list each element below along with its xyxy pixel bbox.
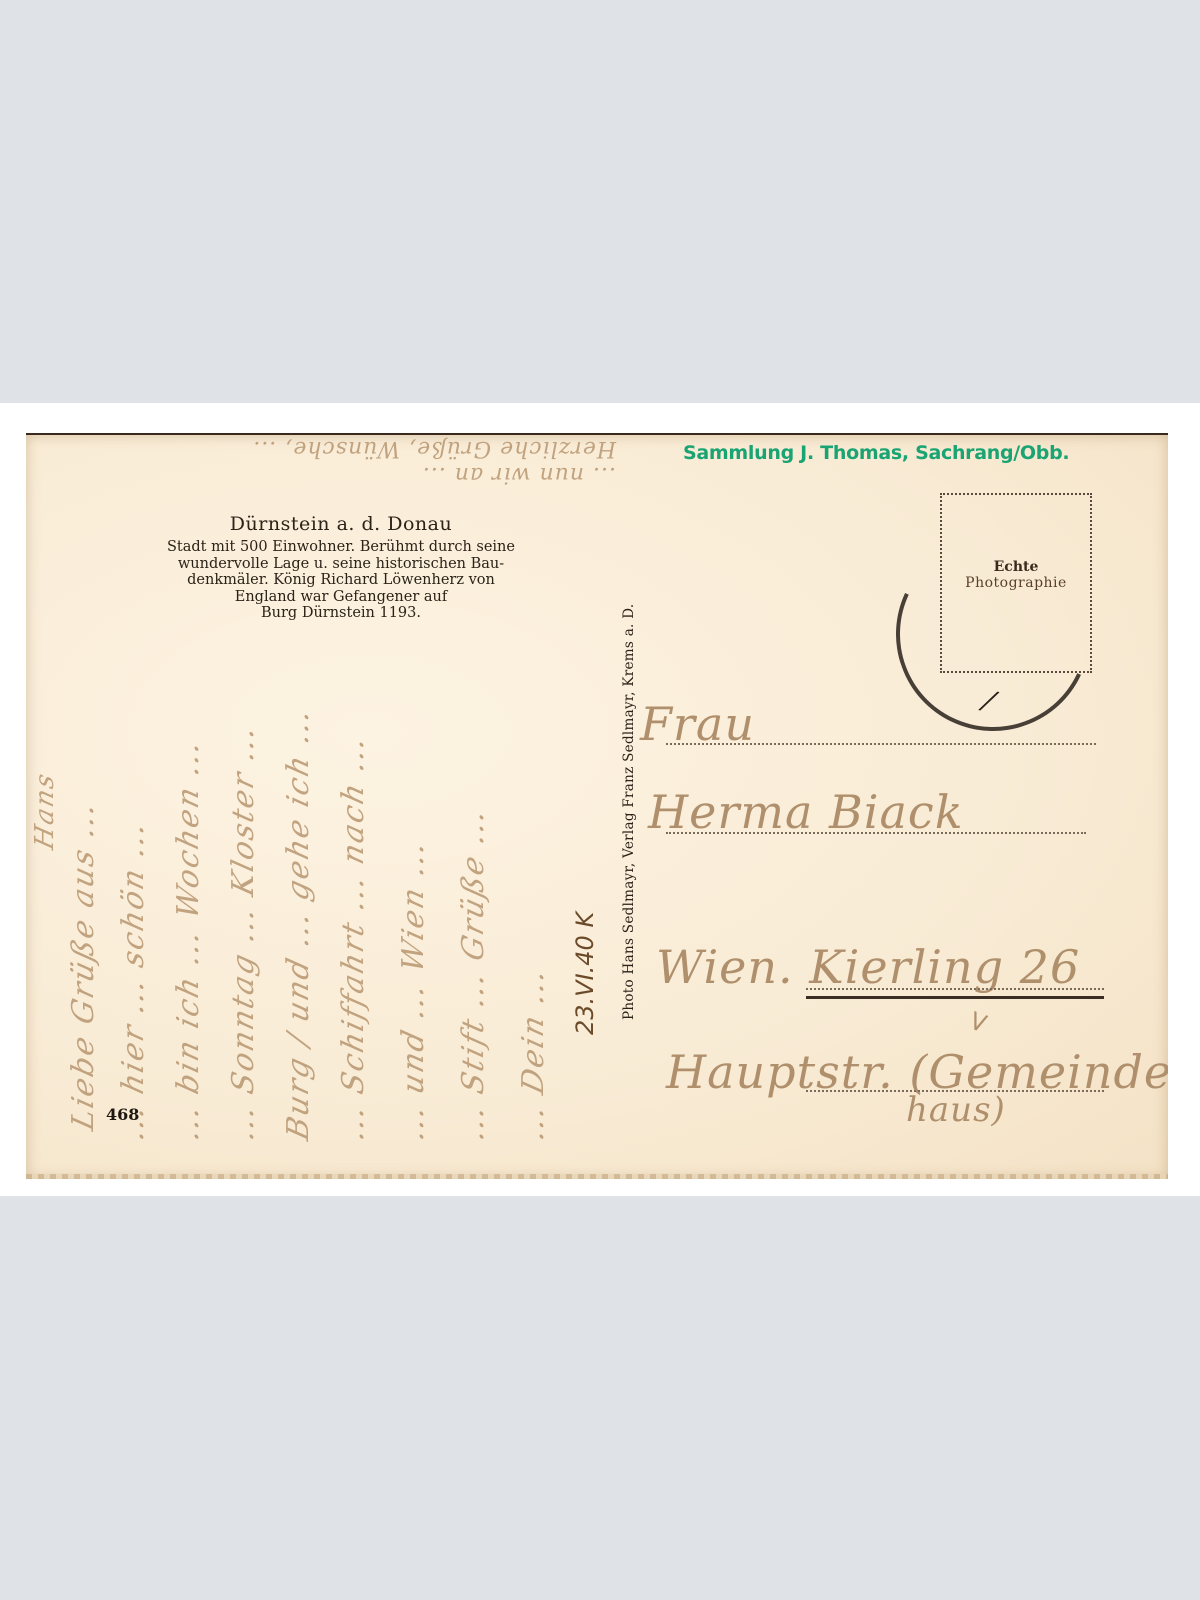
- address-line-2: [666, 832, 1086, 834]
- message-column: ... Schiffahrt ... nach ...: [336, 732, 371, 1144]
- publisher-line: Photo Hans Sedlmayr, Verlag Franz Sedlma…: [621, 400, 637, 1020]
- address-underline: [806, 996, 1104, 999]
- message-line: ... nun wir an ...: [56, 461, 616, 487]
- message-top-lines: ... nun wir an ... Herzliche Grüße, Wüns…: [56, 435, 616, 487]
- caption-line: Stadt mit 500 Einwohner. Berühmt durch s…: [106, 539, 576, 556]
- address-line-3: [806, 988, 1104, 990]
- message-column: ... Stift ... Grüße ...: [456, 804, 491, 1143]
- message-column: ... Sonntag ... Kloster ...: [226, 721, 261, 1144]
- caption-line: England war Gefangener auf: [106, 589, 576, 606]
- caret-mark-icon: <: [958, 1005, 997, 1038]
- signature: Hans: [30, 769, 60, 853]
- pencil-date-note: 23.VI.40 K: [571, 795, 599, 1035]
- postcard-back: ... nun wir an ... Herzliche Grüße, Wüns…: [26, 433, 1168, 1179]
- caption-line: wundervolle Lage u. seine historischen B…: [106, 556, 576, 573]
- message-column: ... hier ... schön ...: [116, 817, 151, 1144]
- message-line: Herzliche Grüße, Wünsche, ...: [56, 435, 616, 461]
- caption-title: Dürnstein a. d. Donau: [106, 513, 576, 535]
- address-name: Herma Biack: [648, 785, 964, 839]
- message-column: Liebe Grüße aus ...: [66, 798, 101, 1134]
- address-city: Wien. Kierling 26: [656, 940, 1080, 994]
- message-column: ... bin ich ... Wochen ...: [171, 736, 206, 1144]
- address-line-1: [666, 743, 1096, 745]
- message-column: Burg / und ... gehe ich ...: [281, 704, 316, 1144]
- caption-line: Burg Dürnstein 1193.: [106, 605, 576, 622]
- card-number: 468: [106, 1105, 139, 1124]
- caption-body: Stadt mit 500 Einwohner. Berühmt durch s…: [106, 539, 576, 622]
- message-column: ... und ... Wien ...: [396, 836, 431, 1144]
- message-column: ... Dein ...: [516, 964, 551, 1144]
- printed-caption: Dürnstein a. d. Donau Stadt mit 500 Einw…: [106, 513, 576, 622]
- address-street-2: haus): [906, 1090, 1006, 1130]
- collection-stamp: Sammlung J. Thomas, Sachrang/Obb.: [683, 442, 1069, 464]
- caption-line: denkmäler. König Richard Löwenherz von: [106, 572, 576, 589]
